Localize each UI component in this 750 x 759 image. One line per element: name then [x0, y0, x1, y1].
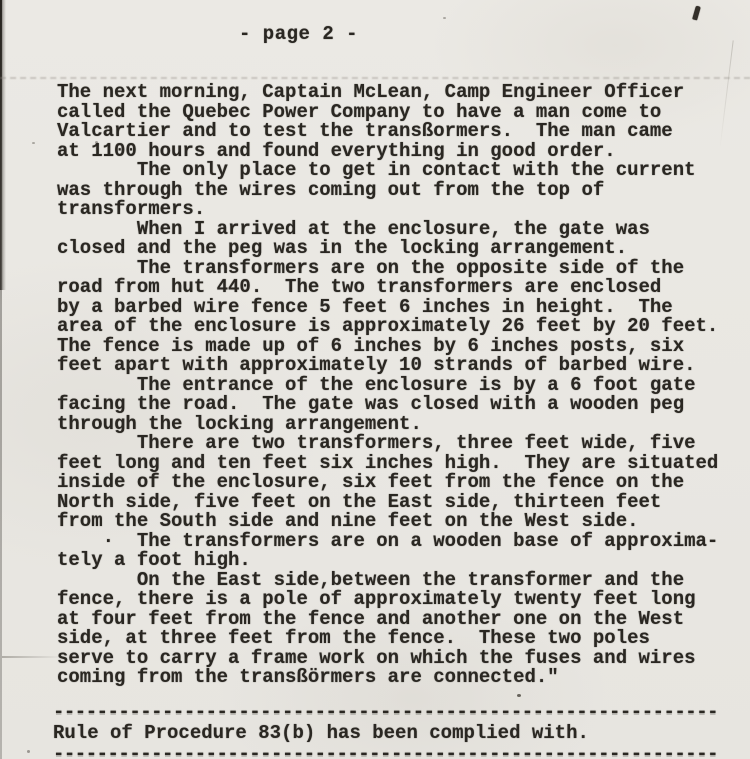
text-line: closed and the peg was in the locking ar…: [57, 239, 718, 259]
text-line: feet apart with approximately 10 strands…: [57, 356, 718, 376]
compliance-statement: Rule of Procedure 83(b) has been complie…: [53, 723, 718, 744]
scan-edge-line: [0, 0, 2, 759]
text-line: Valcartier and to test the transßormers.…: [57, 122, 718, 142]
paper-crease-right: [719, 40, 733, 149]
text-line: coming from the transßörmers are connect…: [57, 668, 718, 688]
text-line: The only place to get in contact with th…: [57, 161, 718, 181]
separator-line-top: ----------------------------------------…: [53, 702, 718, 723]
text-line: transformers.: [57, 200, 718, 220]
fold-crease-line: [0, 77, 750, 79]
text-line: from the South side and nine feet on the…: [57, 512, 718, 532]
ink-speck: [27, 750, 30, 753]
ink-mark-top-right: [692, 6, 701, 21]
text-line: facing the road. The gate was closed wit…: [57, 395, 718, 415]
text-line: side, at three feet from the fence. Thes…: [57, 629, 718, 649]
text-line: fence, there is a pole of approximately …: [57, 590, 718, 610]
document-body: The next morning, Captain McLean, Camp E…: [57, 83, 718, 688]
ink-speck: [517, 694, 521, 697]
text-line: area of the enclosure is approximately 2…: [57, 317, 718, 337]
text-line: road from hut 440. The two transformers …: [57, 278, 718, 298]
text-line: inside of the enclosure, six feet from t…: [57, 473, 718, 493]
text-line: The next morning, Captain McLean, Camp E…: [57, 83, 718, 103]
scanned-document-page: - page 2 - The next morning, Captain McL…: [0, 0, 750, 759]
text-line: There are two transformers, three feet w…: [57, 434, 718, 454]
text-line: tely a foot high.: [57, 551, 718, 571]
ink-speck: [32, 142, 35, 144]
ink-speck: [443, 17, 446, 19]
page-number-header: - page 2 -: [239, 24, 358, 44]
separator-line-bottom: ----------------------------------------…: [53, 744, 718, 759]
compliance-footer: ----------------------------------------…: [53, 702, 718, 759]
paper-crease-left: [2, 656, 62, 658]
